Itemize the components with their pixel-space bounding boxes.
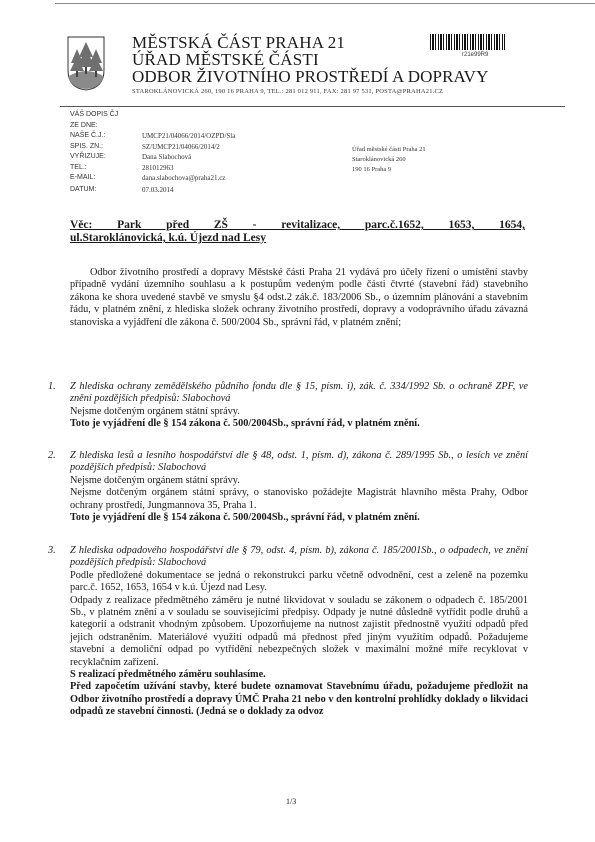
meta-row: E-MAIL:dana.slabochova@praha21.cz	[70, 173, 235, 184]
barcode-icon	[430, 34, 505, 50]
letterhead-address: STAROKLÁNOVICKÁ 260, 190 16 PRAHA 9, TEL…	[132, 87, 488, 96]
subject-line: Věc: Park před ZŠ - revitalizace, parc.č…	[70, 219, 525, 245]
letterhead-office: ÚŘAD MĚSTSKÉ ČÁSTI	[132, 51, 488, 68]
header-divider	[60, 106, 565, 107]
reference-block: VÁŠ DOPIS ČJ ZE DNE: NAŠE Č.J.:UMCP21/04…	[70, 110, 235, 195]
meta-row: SPIS. ZN.:SZ/UMCP21/04066/2014/2	[70, 142, 235, 153]
scan-edge	[55, 3, 595, 4]
meta-row: DATUM:07.03.2014	[70, 185, 235, 196]
letterhead-department: ODBOR ŽIVOTNÍHO PROSTŘEDÍ A DOPRAVY	[132, 68, 488, 85]
list-item: 1. Z hlediska ochrany zemědělského půdní…	[70, 381, 528, 431]
page-number: 1/3	[286, 797, 296, 806]
recipient-address: Úřad městské části Praha 21 Staroklánovi…	[352, 145, 426, 175]
meta-row: VYŘIZUJE:Dana Slabochová	[70, 152, 235, 163]
barcode-number: r21e99R9	[462, 52, 488, 58]
list-item: 3. Z hlediska odpadového hospodářství dl…	[70, 545, 528, 719]
meta-row: VÁŠ DOPIS ČJ	[70, 110, 235, 121]
meta-row: ZE DNE:	[70, 121, 235, 132]
meta-row: NAŠE Č.J.:UMCP21/04066/2014/OZPD/Sla	[70, 131, 235, 142]
intro-paragraph: Odbor životního prostředí a dopravy Měst…	[70, 267, 528, 329]
coat-of-arms-trees-icon	[67, 36, 105, 91]
list-item: 2. Z hlediska lesů a lesního hospodářstv…	[70, 450, 528, 524]
meta-row: TEL.:281012963	[70, 163, 235, 174]
